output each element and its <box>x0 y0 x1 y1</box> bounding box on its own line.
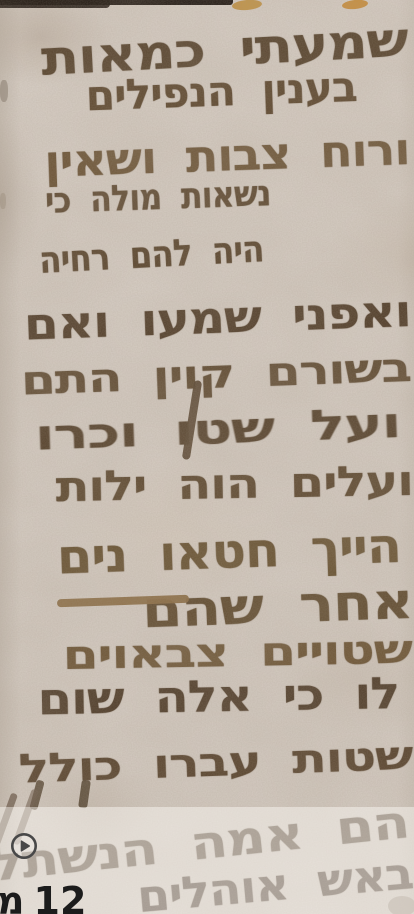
descender-stroke <box>78 780 91 809</box>
manuscript-marks <box>0 0 414 914</box>
caption-letter: מ <box>0 882 25 914</box>
play-icon <box>10 832 38 860</box>
edge-smudge <box>0 80 8 102</box>
orange-fleck <box>232 0 263 11</box>
caption-number: 12 <box>34 882 87 914</box>
horizontal-dash <box>57 595 189 608</box>
media-viewer-screen: שמעתי כמאותבענין הנפיליםורוח צבות ושאיןנ… <box>0 0 414 914</box>
page-caption: מ 12 <box>0 882 86 914</box>
orange-fleck <box>342 0 369 10</box>
page-edge-strip <box>0 0 110 8</box>
play-button[interactable] <box>10 832 38 860</box>
qoph-tail <box>182 380 202 460</box>
manuscript-photo[interactable]: שמעתי כמאותבענין הנפיליםורוח צבות ושאיןנ… <box>0 0 414 914</box>
edge-smudge <box>0 193 6 209</box>
